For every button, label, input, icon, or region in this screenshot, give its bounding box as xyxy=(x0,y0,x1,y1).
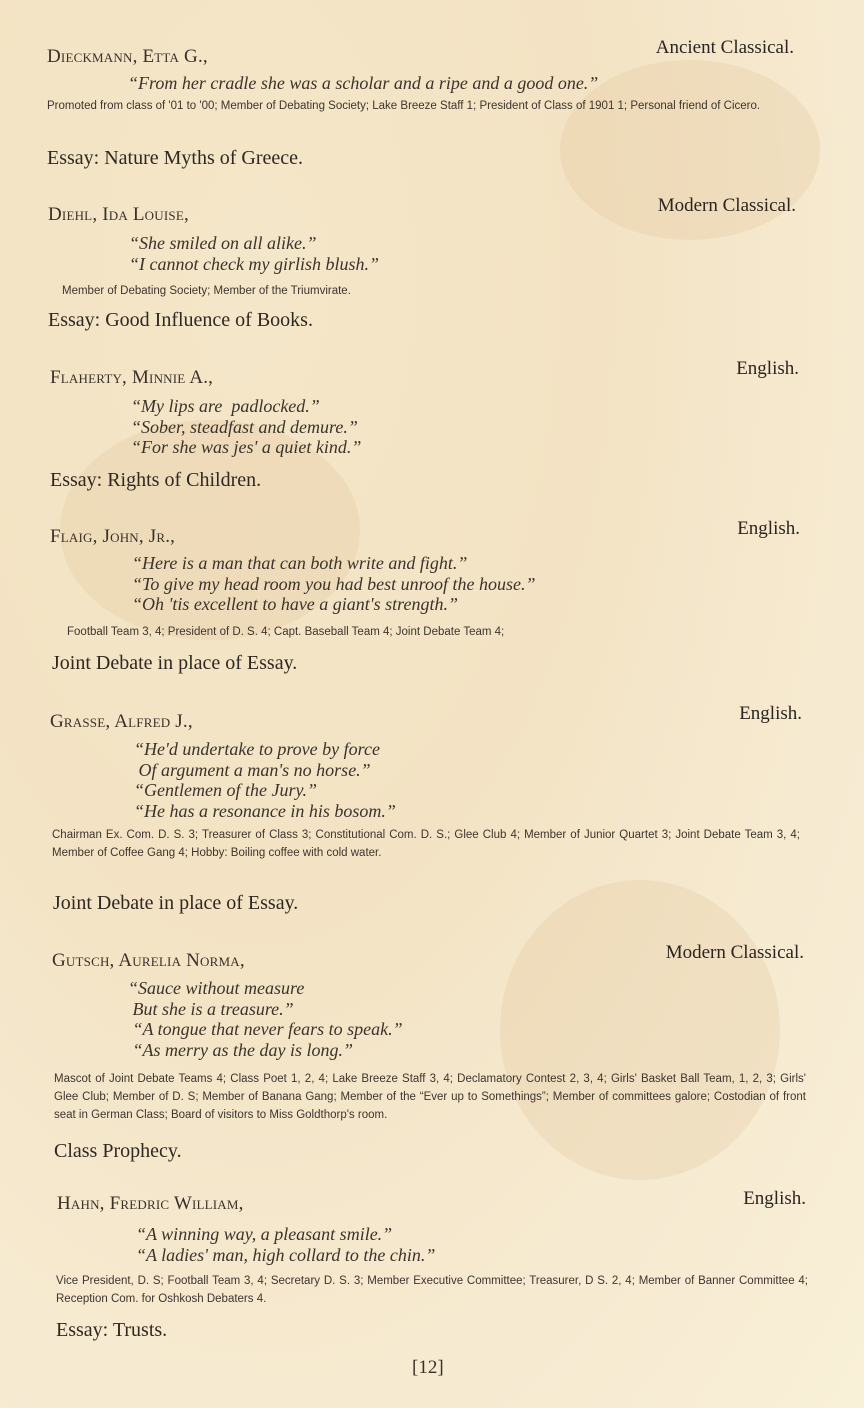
student-activities: Member of Debating Society; Member of th… xyxy=(62,282,662,300)
student-activities: Vice President, D. S; Football Team 3, 4… xyxy=(56,1272,808,1308)
student-name: Flaherty, Minnie A., xyxy=(50,367,213,389)
essay-title: Essay: Good Influence of Books. xyxy=(48,309,313,332)
yearbook-page: Dieckmann, Etta G., Ancient Classical. “… xyxy=(0,0,864,1408)
student-quotes: “She smiled on all alike.” “I cannot che… xyxy=(129,233,379,274)
student-name: Grasse, Alfred J., xyxy=(50,711,193,733)
student-name: Gutsch, Aurelia Norma, xyxy=(52,950,245,972)
essay-title: Essay: Nature Myths of Greece. xyxy=(47,147,303,170)
paper-stain xyxy=(500,880,780,1180)
student-activities: Mascot of Joint Debate Teams 4; Class Po… xyxy=(54,1070,806,1124)
student-quotes: “My lips are padlocked.” “Sober, steadfa… xyxy=(131,396,361,458)
student-quotes: “From her cradle she was a scholar and a… xyxy=(128,73,598,94)
course-of-study: English. xyxy=(737,518,800,540)
essay-title: Joint Debate in place of Essay. xyxy=(52,652,297,675)
student-quotes: “A winning way, a pleasant smile.” “A la… xyxy=(136,1224,435,1265)
course-of-study: English. xyxy=(736,358,799,380)
student-activities: Chairman Ex. Com. D. S. 3; Treasurer of … xyxy=(52,826,800,862)
essay-title: Essay: Rights of Children. xyxy=(50,469,261,492)
student-activities: Football Team 3, 4; President of D. S. 4… xyxy=(67,623,767,641)
page-number: [12] xyxy=(412,1357,444,1379)
student-quotes: “Sauce without measure But she is a trea… xyxy=(128,978,403,1060)
student-quotes: “He'd undertake to prove by force Of arg… xyxy=(134,739,396,821)
essay-title: Class Prophecy. xyxy=(54,1140,182,1163)
student-name: Dieckmann, Etta G., xyxy=(47,46,208,68)
student-quotes: “Here is a man that can both write and f… xyxy=(132,553,535,615)
course-of-study: Modern Classical. xyxy=(666,942,804,964)
student-name: Diehl, Ida Louise, xyxy=(48,204,189,226)
student-name: Hahn, Fredric William, xyxy=(57,1193,244,1215)
course-of-study: English. xyxy=(739,703,802,725)
essay-title: Essay: Trusts. xyxy=(56,1319,167,1342)
essay-title: Joint Debate in place of Essay. xyxy=(53,892,298,915)
course-of-study: English. xyxy=(743,1188,806,1210)
course-of-study: Ancient Classical. xyxy=(656,37,794,59)
course-of-study: Modern Classical. xyxy=(658,195,796,217)
student-activities: Promoted from class of '01 to '00; Membe… xyxy=(47,97,799,115)
student-name: Flaig, John, Jr., xyxy=(50,526,175,548)
